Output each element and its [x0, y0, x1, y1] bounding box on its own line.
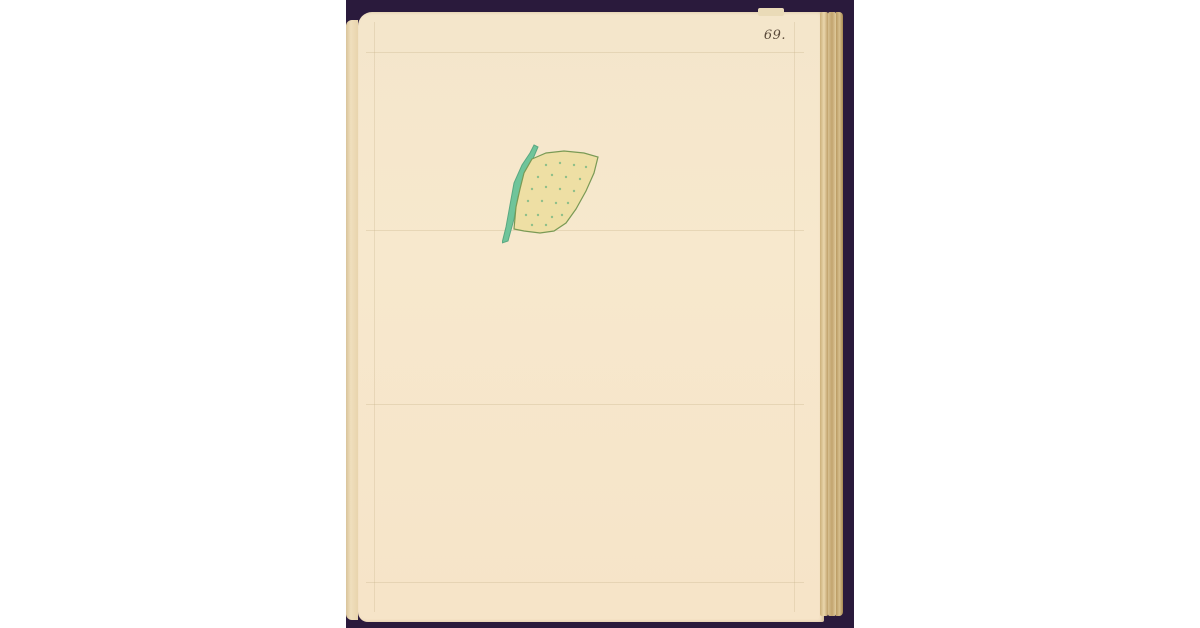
ruled-margin — [794, 22, 795, 612]
page-stack-edge — [828, 12, 836, 616]
ruled-margin — [374, 22, 375, 612]
scanned-book-image: 69. — [346, 0, 854, 628]
page-tab — [758, 8, 784, 16]
left-page-edge — [346, 20, 358, 620]
page-stack-edge — [820, 12, 828, 616]
page-number: 69. — [764, 28, 786, 43]
ruled-line — [366, 404, 804, 405]
ruled-line — [366, 52, 804, 53]
ruled-line — [366, 582, 804, 583]
manuscript-page: 69. — [358, 12, 824, 622]
island-map-drawing — [502, 143, 602, 247]
page-stack-edge — [836, 12, 843, 616]
